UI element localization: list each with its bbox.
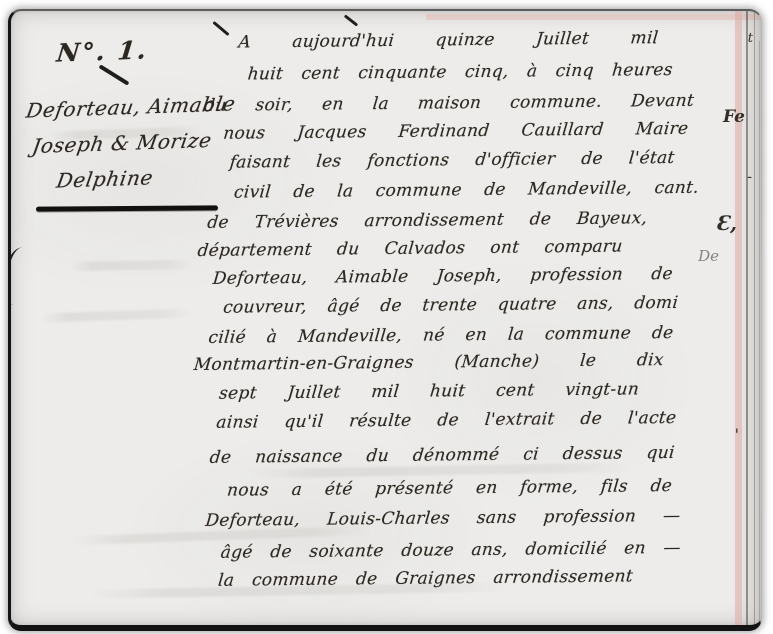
register-page-scan: N°. 1. Deforteau, Aimable Joseph & Moriz… [8, 9, 762, 631]
handwriting-line: âgé de soixante douze ans, domicilié en … [219, 538, 681, 569]
handwriting-line: du soir, en la maison commune. Devant [203, 91, 695, 122]
handwriting-line: ainsi qu'il résulte de l'extrait de l'ac… [215, 408, 677, 439]
gutter-ink-fragment: Ɛ, [716, 211, 737, 235]
gutter-ink-fragment: ' [735, 425, 739, 444]
handwriting-line: couvreur, âgé de trente quatre ans, domi [222, 293, 679, 324]
handwriting-line: sept Juillet mil huit cent vingt-un [218, 379, 640, 409]
handwriting-line: nous Jacques Ferdinand Cauillard Maire [222, 119, 689, 150]
handwriting-line: Deforteau, Louis-Charles sans profession… [204, 506, 681, 537]
gutter-ink-fragment: - [747, 169, 752, 185]
handwriting-line: de naissance du dénommé ci dessus qui [208, 443, 675, 474]
handwriting-line: Deforteau, Aimable Joseph, profession de [211, 264, 673, 295]
handwriting-line: A aujourd'hui quinze Juillet mil [237, 28, 659, 58]
handwriting-line: cilié à Mandeville, né en la commune de [207, 323, 674, 354]
handwriting-line: la commune de Graignes arrondissement [217, 566, 634, 596]
screenshot-canvas: N°. 1. Deforteau, Aimable Joseph & Moriz… [0, 0, 773, 634]
gutter-ink-fragment: De [698, 247, 719, 265]
handwriting-line: département du Calvados ont comparu [196, 237, 623, 267]
handwriting-line: faisant les fonctions d'officier de l'ét… [228, 148, 675, 179]
act-body: A aujourd'hui quinze Juillet mil huit ce… [8, 9, 762, 629]
gutter-ink-fragment: t [748, 31, 753, 46]
handwriting-line: nous a été présenté en forme, fils de [226, 476, 673, 507]
handwriting-line: de Trévières arrondissement de Bayeux, [206, 208, 648, 239]
gutter-ink-fragment: Fe [723, 107, 745, 127]
handwriting-line: huit cent cinquante cinq, à cinq heures [246, 60, 673, 90]
handwriting-line: Montmartin-en-Graignes (Manche) le dix [192, 350, 664, 381]
handwriting-line: civil de la commune de Mandeville, cant. [232, 178, 699, 209]
